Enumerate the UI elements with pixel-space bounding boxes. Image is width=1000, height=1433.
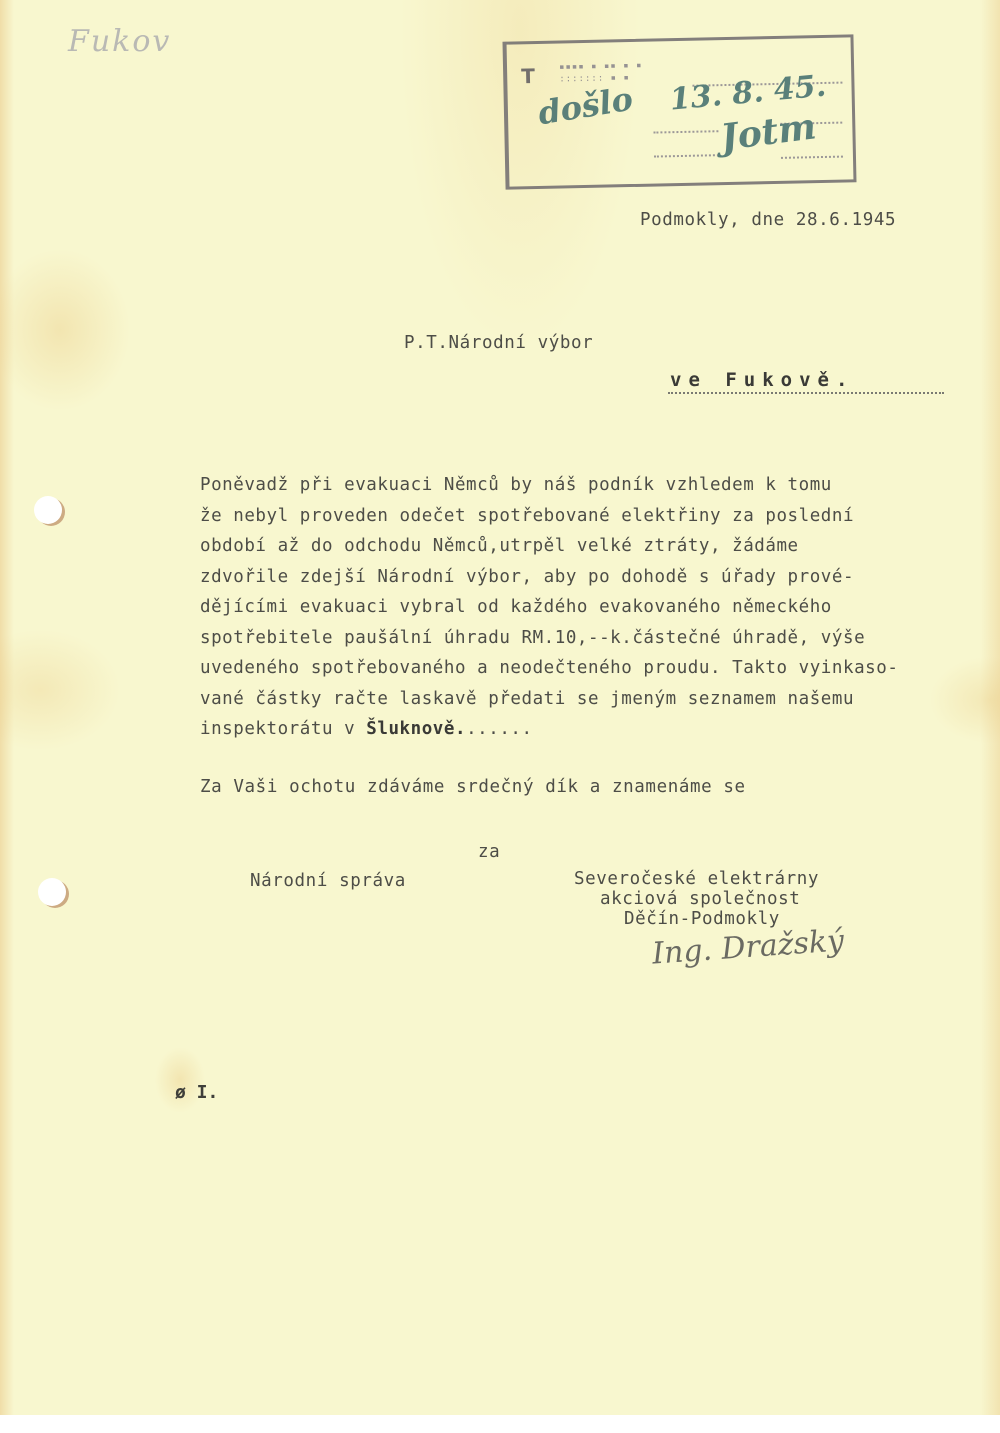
handwritten-signature: Ing. Dražský <box>651 923 845 971</box>
stamp-initials: Jotm <box>718 105 818 159</box>
signature-right-line-2: akciová společnost <box>600 889 800 909</box>
addressee-underline <box>668 392 944 394</box>
closing-sentence: Za Vaši ochotu zdáváme srdečný dík a zna… <box>200 777 746 797</box>
stamp-received-word: došlo <box>535 80 635 133</box>
stamp-line <box>654 154 719 157</box>
body-line: vané částky račte laskavě předati se jme… <box>200 684 960 715</box>
body-line: období až do odchodu Němců,utrpěl velké … <box>200 531 960 562</box>
stamp-faint-text: ▪▪▪▪ ▪ ▪▪ ▪ ▪ ::::::: ▪ ▪ <box>559 60 643 86</box>
punch-hole-top <box>34 496 62 524</box>
letter-body: Poněvadž při evakuaci Němců by náš podní… <box>200 470 960 745</box>
signature-za: za <box>478 842 500 862</box>
reference-mark: ø I. <box>175 1082 218 1103</box>
addressee-line-1: P.T.Národní výbor <box>404 333 593 353</box>
place-name-bold: Šluknově. <box>366 719 466 739</box>
body-line: Poněvadž při evakuaci Němců by náš podní… <box>200 470 960 501</box>
punch-hole-bottom <box>38 878 66 906</box>
stamp-line <box>781 156 843 159</box>
signature-right-line-1: Severočeské elektrárny <box>574 869 819 889</box>
pencil-annotation: Fukov <box>68 24 171 59</box>
addressee-line-2: ve Fukově. <box>670 369 854 391</box>
signature-left-national-administration: Národní správa <box>250 871 406 891</box>
signature-right-line-3: Děčín-Podmokly <box>624 909 780 929</box>
stamp-logo-icon: T <box>521 64 535 88</box>
scanned-letter-page: Fukov T ▪▪▪▪ ▪ ▪▪ ▪ ▪ ::::::: ▪ ▪ došlo … <box>0 0 1000 1415</box>
stamp-line <box>653 130 718 133</box>
body-line: že nebyl proveden odečet spotřebované el… <box>200 501 960 532</box>
received-stamp: T ▪▪▪▪ ▪ ▪▪ ▪ ▪ ::::::: ▪ ▪ došlo 13. 8.… <box>502 34 856 189</box>
body-line: uvedeného spotřebovaného a neodečteného … <box>200 653 960 684</box>
place-and-date: Podmokly, dne 28.6.1945 <box>640 210 896 230</box>
body-line: zdvořile zdejší Národní výbor, aby po do… <box>200 562 960 593</box>
body-line-last: inspektorátu v Šluknově....... <box>200 714 960 745</box>
body-line: spotřebitele paušální úhradu RM.10,--k.č… <box>200 623 960 654</box>
body-line: dějícími evakuaci vybral od každého evak… <box>200 592 960 623</box>
